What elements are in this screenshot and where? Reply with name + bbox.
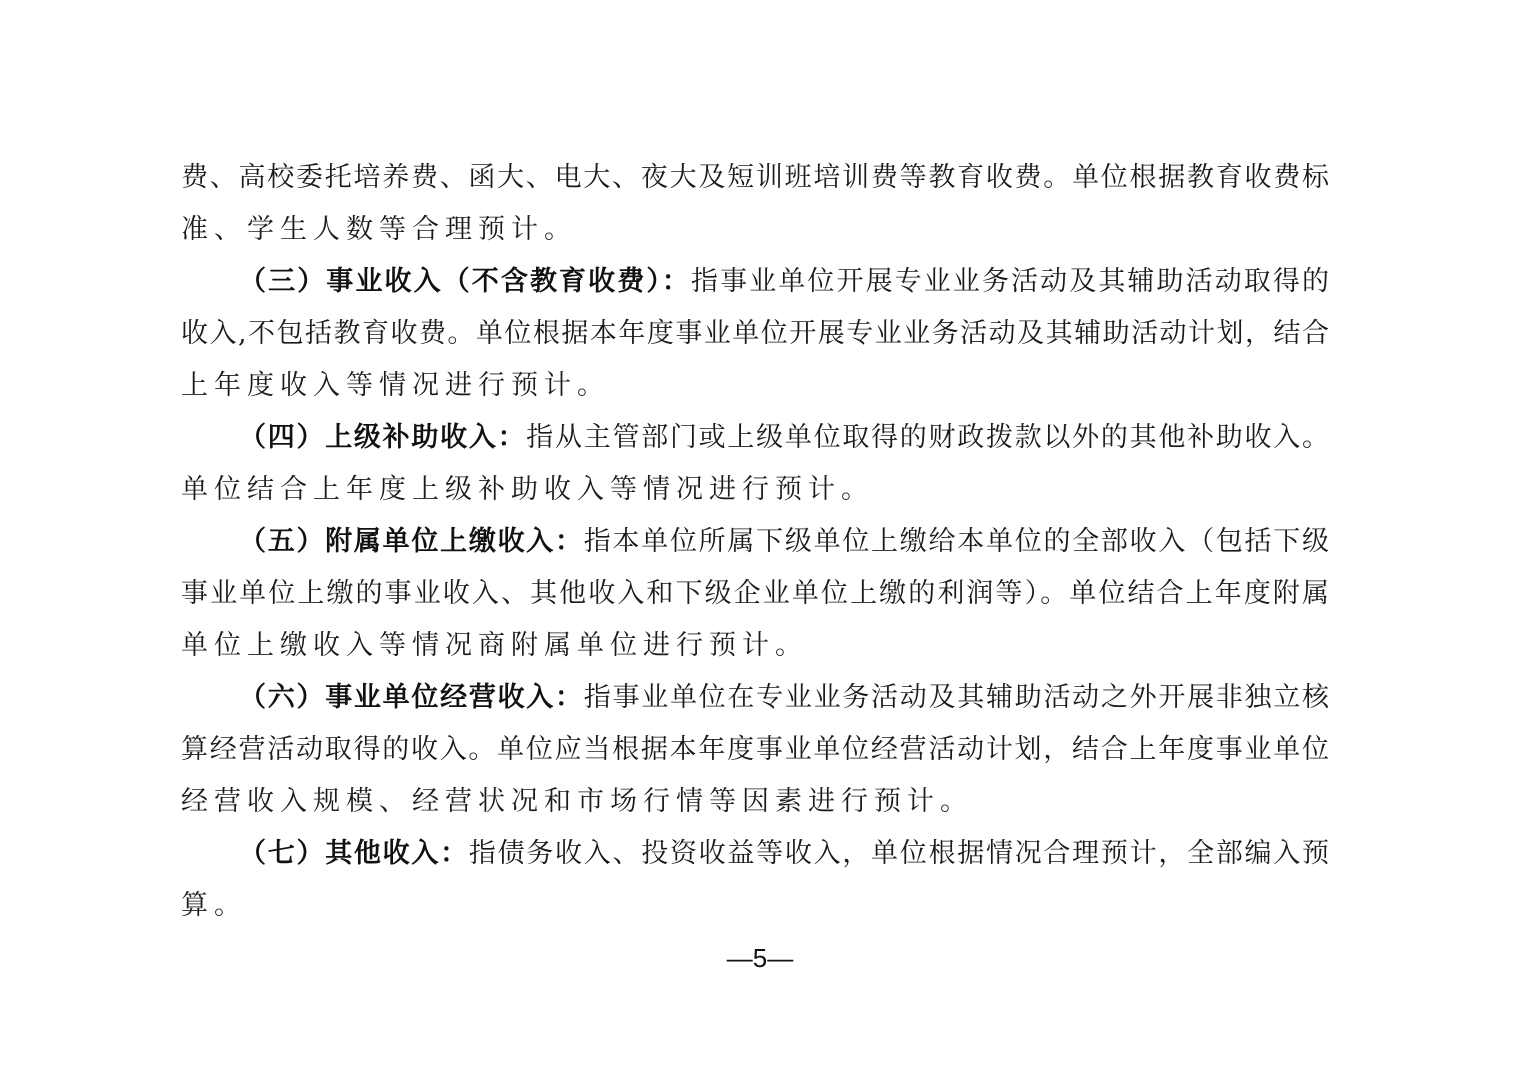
text-run: 指事业单位开展专业业务活动及其辅助活动取得的: [691, 266, 1329, 297]
document-page: 费、高校委托培养费、函大、电大、夜大及短训班培训费等教育收费。单位根据教育收费标…: [0, 0, 1520, 1074]
text-line: （五）附属单位上缴收入：指本单位所属下级单位上缴给本单位的全部收入（包括下级: [181, 516, 1329, 568]
paragraph-continuation: 费、高校委托培养费、函大、电大、夜大及短训班培训费等教育收费。单位根据教育收费标…: [181, 152, 1329, 256]
paragraph-affiliated-unit-income: （五）附属单位上缴收入：指本单位所属下级单位上缴给本单位的全部收入（包括下级 事…: [181, 516, 1329, 672]
text-run: 指从主管部门或上级单位取得的财政拨款以外的其他补助收入。: [526, 422, 1329, 453]
text-line: 准、学生人数等合理预计。: [181, 204, 1329, 256]
text-line: 算经营活动取得的收入。单位应当根据本年度事业单位经营活动计划，结合上年度事业单位: [181, 724, 1329, 776]
text-run: 指债务收入、投资收益等收入，单位根据情况合理预计，全部编入预: [469, 838, 1329, 869]
text-line: 收入,不包括教育收费。单位根据本年度事业单位开展专业业务活动及其辅助活动计划，结…: [181, 308, 1329, 360]
document-body: 费、高校委托培养费、函大、电大、夜大及短训班培训费等教育收费。单位根据教育收费标…: [181, 152, 1329, 932]
paragraph-other-income: （七）其他收入：指债务收入、投资收益等收入，单位根据情况合理预计，全部编入预 算…: [181, 828, 1329, 932]
section-heading: （六）事业单位经营收入：: [239, 682, 584, 713]
text-line: 上年度收入等情况进行预计。: [181, 360, 1329, 412]
text-line: 费、高校委托培养费、函大、电大、夜大及短训班培训费等教育收费。单位根据教育收费标: [181, 152, 1329, 204]
page-number: —5—: [0, 940, 1520, 976]
section-heading: （七）其他收入：: [239, 838, 469, 869]
text-line: 经营收入规模、经营状况和市场行情等因素进行预计。: [181, 776, 1329, 828]
paragraph-business-income: （三）事业收入（不含教育收费）：指事业单位开展专业业务活动及其辅助活动取得的 收…: [181, 256, 1329, 412]
text-line: （三）事业收入（不含教育收费）：指事业单位开展专业业务活动及其辅助活动取得的: [181, 256, 1329, 308]
text-line: 单位结合上年度上级补助收入等情况进行预计。: [181, 464, 1329, 516]
text-line: 算。: [181, 880, 1329, 932]
section-heading: （四）上级补助收入：: [239, 422, 526, 453]
section-heading: （三）事业收入（不含教育收费）：: [239, 266, 691, 297]
text-line: （四）上级补助收入：指从主管部门或上级单位取得的财政拨款以外的其他补助收入。: [181, 412, 1329, 464]
text-run: 指本单位所属下级单位上缴给本单位的全部收入（包括下级: [584, 526, 1329, 557]
text-line: 事业单位上缴的事业收入、其他收入和下级企业单位上缴的利润等）。单位结合上年度附属: [181, 568, 1329, 620]
text-line: （七）其他收入：指债务收入、投资收益等收入，单位根据情况合理预计，全部编入预: [181, 828, 1329, 880]
section-heading: （五）附属单位上缴收入：: [239, 526, 584, 557]
paragraph-operating-income: （六）事业单位经营收入：指事业单位在专业业务活动及其辅助活动之外开展非独立核 算…: [181, 672, 1329, 828]
paragraph-superior-subsidy-income: （四）上级补助收入：指从主管部门或上级单位取得的财政拨款以外的其他补助收入。 单…: [181, 412, 1329, 516]
text-line: 单位上缴收入等情况商附属单位进行预计。: [181, 620, 1329, 672]
text-run: 指事业单位在专业业务活动及其辅助活动之外开展非独立核: [584, 682, 1329, 713]
text-line: （六）事业单位经营收入：指事业单位在专业业务活动及其辅助活动之外开展非独立核: [181, 672, 1329, 724]
